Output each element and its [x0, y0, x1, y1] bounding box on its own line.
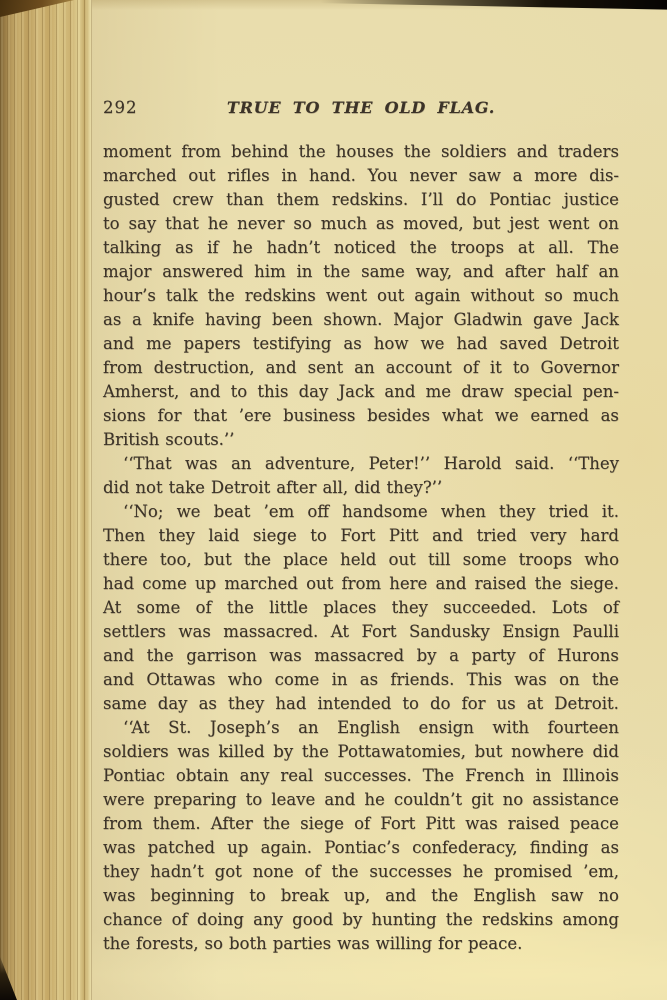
- word: as: [103, 308, 121, 332]
- word: The: [588, 236, 619, 260]
- word: that: [165, 212, 199, 236]
- word: Jack: [338, 380, 374, 404]
- word: the: [404, 140, 431, 164]
- word: tried: [477, 524, 517, 548]
- word: same: [103, 692, 147, 716]
- word: half: [556, 260, 588, 284]
- text-line: didnottakeDetroitafterall,didthey?’’: [103, 476, 619, 500]
- word: willing: [376, 932, 432, 956]
- word: little: [269, 596, 308, 620]
- word: forests,: [136, 932, 199, 956]
- word: obtain: [176, 764, 229, 788]
- word: more: [534, 164, 577, 188]
- word: all,: [322, 476, 348, 500]
- word: and: [463, 260, 494, 284]
- word: the: [446, 908, 473, 932]
- word: This: [467, 668, 502, 692]
- text-line: chanceofdoinganygoodbyhuntingtheredskins…: [103, 908, 619, 932]
- word: we: [421, 332, 445, 356]
- word: and: [266, 356, 297, 380]
- text-line: fromthem.AfterthesiegeofFortPittwasraise…: [103, 812, 619, 836]
- word: out: [377, 284, 404, 308]
- word: Governor: [540, 356, 619, 380]
- word: as: [343, 332, 361, 356]
- word: the: [227, 596, 254, 620]
- word: the: [263, 812, 290, 836]
- word: an: [598, 260, 618, 284]
- word: ‘‘That: [123, 452, 172, 476]
- text-line: theyhadn’tgotnoneofthesuccesseshepromise…: [103, 860, 619, 884]
- book-fore-edge-pages: [0, 0, 92, 1000]
- word: day: [299, 380, 329, 404]
- word: the: [535, 572, 562, 596]
- word: Pontiac: [489, 188, 551, 212]
- word: hadn’t: [267, 236, 321, 260]
- word: from: [103, 356, 143, 380]
- word: never: [409, 164, 456, 188]
- text-line: settlerswasmassacred.AtFortSanduskyEnsig…: [103, 620, 619, 644]
- word: no: [503, 788, 524, 812]
- word: an: [298, 716, 318, 740]
- word: Pontiac: [103, 764, 165, 788]
- word: jest: [509, 212, 539, 236]
- word: were: [103, 788, 145, 812]
- word: from: [103, 812, 143, 836]
- word: fourteen: [548, 716, 619, 740]
- word: Fort: [340, 524, 375, 548]
- word: party: [471, 644, 515, 668]
- word: Detroit: [560, 332, 619, 356]
- word: Detroit.: [554, 692, 619, 716]
- word: places: [323, 596, 376, 620]
- word: again.: [261, 836, 312, 860]
- text-line: marchedoutriflesinhand.Youneversawamored…: [103, 164, 619, 188]
- word: any: [240, 764, 270, 788]
- word: take: [169, 476, 205, 500]
- word: it: [490, 356, 502, 380]
- word: peace: [570, 812, 619, 836]
- word: doing: [197, 908, 244, 932]
- word: got: [215, 860, 242, 884]
- word: and: [324, 788, 355, 812]
- text-line: hour’stalktheredskinswentoutagainwithout…: [103, 284, 619, 308]
- word: the: [299, 140, 326, 164]
- text-line: majoransweredhiminthesameway,andafterhal…: [103, 260, 619, 284]
- word: tried: [549, 500, 589, 524]
- word: if: [207, 236, 218, 260]
- word: At: [331, 620, 349, 644]
- word: but: [204, 548, 232, 572]
- word: Major: [393, 308, 443, 332]
- word: dis-: [589, 164, 619, 188]
- text-line: asaknifehavingbeenshown.MajorGladwingave…: [103, 308, 619, 332]
- word: they: [392, 596, 428, 620]
- word: Peter!’’: [369, 452, 431, 476]
- word: how: [374, 332, 409, 356]
- word: the: [147, 644, 174, 668]
- word: break: [281, 884, 329, 908]
- word: moved,: [403, 212, 463, 236]
- word: You: [368, 164, 398, 188]
- word: had: [103, 572, 134, 596]
- word: soldiers: [441, 140, 507, 164]
- word: siege: [300, 812, 344, 836]
- word: Then: [103, 524, 145, 548]
- word: but: [473, 212, 501, 236]
- word: traders: [558, 140, 619, 164]
- word: them: [277, 188, 320, 212]
- word: handsome: [342, 500, 427, 524]
- word: chance: [103, 908, 162, 932]
- word: ‘‘At: [123, 716, 150, 740]
- word: Paulli: [572, 620, 619, 644]
- word: Sandusky: [409, 620, 490, 644]
- word: and: [517, 140, 548, 164]
- word: troops: [451, 236, 504, 260]
- word: so: [544, 284, 562, 308]
- book-page-scan: 292 TRUE TO THE OLD FLAG. momentfrombehi…: [0, 0, 667, 1000]
- word: troops: [519, 548, 572, 572]
- word: successes: [369, 860, 452, 884]
- word: sent: [308, 356, 344, 380]
- word: raised: [508, 812, 560, 836]
- word: up: [227, 836, 248, 860]
- word: Illinois: [562, 764, 619, 788]
- word: to: [103, 212, 120, 236]
- word: soldiers: [103, 740, 169, 764]
- word: they?’’: [386, 476, 442, 500]
- word: there: [103, 548, 148, 572]
- word: to: [246, 788, 263, 812]
- word: than: [226, 188, 264, 212]
- word: this: [257, 380, 288, 404]
- word: Amherst,: [103, 380, 179, 404]
- word: both: [229, 932, 267, 956]
- word: said.: [515, 452, 554, 476]
- word: account: [386, 356, 452, 380]
- word: he: [364, 788, 384, 812]
- text-line: fromdestruction,andsentanaccountofittoGo…: [103, 356, 619, 380]
- text-line: sionsforthat’erebusinessbesideswhatweear…: [103, 404, 619, 428]
- word: he: [232, 236, 252, 260]
- word: patched: [148, 836, 215, 860]
- word: knife: [153, 308, 195, 332]
- word: the: [592, 668, 619, 692]
- text-line: waspatchedupagain.Pontiac’sconfederacy,f…: [103, 836, 619, 860]
- word: siege.: [570, 572, 619, 596]
- word: from: [341, 572, 381, 596]
- word: English: [473, 884, 536, 908]
- word: went: [326, 284, 367, 308]
- word: here: [389, 572, 427, 596]
- word: marched: [224, 572, 298, 596]
- word: gusted: [103, 188, 160, 212]
- word: Ottawas: [146, 668, 215, 692]
- word: of: [354, 812, 370, 836]
- word: with: [492, 716, 529, 740]
- word: when: [441, 500, 486, 524]
- word: went: [548, 212, 589, 236]
- word: promised: [494, 860, 572, 884]
- word: saw: [551, 884, 583, 908]
- word: we: [177, 500, 201, 524]
- word: assistance: [532, 788, 619, 812]
- word: a: [449, 644, 459, 668]
- word: so: [293, 212, 311, 236]
- word: hadn’t: [150, 860, 204, 884]
- word: couldn’t: [394, 788, 462, 812]
- word: ‘‘They: [568, 452, 619, 476]
- word: for: [438, 932, 462, 956]
- word: shown.: [323, 308, 382, 332]
- word: rifles: [227, 164, 269, 188]
- word: Lots: [552, 596, 588, 620]
- word: he: [208, 212, 228, 236]
- word: as: [360, 668, 378, 692]
- text-line: Amherst,andtothisdayJackandmedrawspecial…: [103, 380, 619, 404]
- word: he: [463, 860, 483, 884]
- word: houses: [336, 140, 394, 164]
- word: ‘‘No;: [123, 500, 163, 524]
- word: saw: [468, 164, 500, 188]
- word: ensign: [419, 716, 474, 740]
- word: crew: [172, 188, 213, 212]
- word: behind: [231, 140, 288, 164]
- word: an: [354, 356, 374, 380]
- word: by: [273, 740, 293, 764]
- word: Harold: [444, 452, 502, 476]
- word: massacred: [314, 644, 404, 668]
- word: the: [410, 236, 437, 260]
- text-line: soldierswaskilledbythePottawatomies,butn…: [103, 740, 619, 764]
- word: out: [188, 164, 215, 188]
- word: French: [465, 764, 525, 788]
- text-line: theforests,sobothpartieswaswillingforpea…: [103, 932, 619, 956]
- word: was: [514, 668, 546, 692]
- word: pen-: [582, 380, 619, 404]
- word: was: [103, 884, 135, 908]
- word: Gladwin: [453, 308, 522, 332]
- word: draw: [461, 380, 503, 404]
- word: was: [465, 812, 497, 836]
- text-line: gustedcrewthanthemredskins.I’lldoPontiac…: [103, 188, 619, 212]
- word: After: [211, 812, 253, 836]
- text-line: wasbeginningtobreakup,andtheEnglishsawno: [103, 884, 619, 908]
- word: what: [442, 404, 483, 428]
- word: we: [495, 404, 519, 428]
- word: who: [228, 668, 263, 692]
- word: English: [337, 716, 400, 740]
- word: Pottawatomies,: [338, 740, 466, 764]
- word: ’em: [264, 500, 295, 524]
- word: say: [129, 212, 157, 236]
- word: at: [518, 236, 534, 260]
- word: The: [423, 764, 454, 788]
- text-line: ‘‘No;webeat’emoffhandsomewhentheytriedit…: [103, 500, 619, 524]
- word: place: [283, 548, 328, 572]
- word: Joseph’s: [210, 716, 280, 740]
- word: us: [497, 692, 516, 716]
- word: as: [601, 404, 619, 428]
- text-line: ‘‘Thatwasanadventure,Peter!’’Haroldsaid.…: [103, 452, 619, 476]
- word: as: [601, 836, 619, 860]
- word: massacred.: [223, 620, 318, 644]
- word: and: [189, 380, 220, 404]
- word: sions: [103, 404, 146, 428]
- text-line: andmepaperstestifyingashowwehadsavedDetr…: [103, 332, 619, 356]
- word: Ensign: [502, 620, 560, 644]
- word: again: [414, 284, 460, 308]
- word: Pitt: [389, 524, 419, 548]
- word: was: [177, 740, 209, 764]
- word: at: [527, 692, 543, 716]
- text-line: Atsomeofthelittleplacestheysucceeded.Lot…: [103, 596, 619, 620]
- word: in: [281, 164, 297, 188]
- running-title: TRUE TO THE OLD FLAG.: [103, 98, 619, 117]
- word: moment: [103, 140, 171, 164]
- word: git: [471, 788, 493, 812]
- word: to: [513, 356, 530, 380]
- word: to: [402, 692, 419, 716]
- word: on: [559, 668, 580, 692]
- word: succeeded.: [443, 596, 536, 620]
- word: business: [283, 404, 355, 428]
- word: same: [361, 260, 405, 284]
- word: talk: [166, 284, 198, 308]
- word: in: [535, 764, 551, 788]
- word: been: [272, 308, 313, 332]
- word: held: [340, 548, 376, 572]
- text-line: ThentheylaidsiegetoFortPittandtriedveryh…: [103, 524, 619, 548]
- word: parties: [273, 932, 331, 956]
- word: by: [417, 644, 437, 668]
- word: they: [499, 500, 535, 524]
- word: no: [598, 884, 619, 908]
- word: of: [172, 908, 188, 932]
- word: but: [475, 740, 503, 764]
- word: Pitt: [425, 812, 455, 836]
- word: redskins: [245, 284, 316, 308]
- word: and: [435, 572, 466, 596]
- word: testifying: [253, 332, 332, 356]
- word: redskins.: [332, 188, 408, 212]
- text-line: andOttawaswhocomeinasfriends.Thiswasonth…: [103, 668, 619, 692]
- word: siege: [253, 524, 297, 548]
- word: did: [103, 476, 129, 500]
- word: of: [528, 644, 544, 668]
- word: and: [432, 524, 463, 548]
- text-line: theretoo,buttheplaceheldouttillsometroop…: [103, 548, 619, 572]
- text-line: Britishscouts.’’: [103, 428, 619, 452]
- word: marched: [103, 164, 177, 188]
- word: killed: [218, 740, 264, 764]
- word: real: [280, 764, 313, 788]
- word: any: [253, 908, 283, 932]
- word: redskins: [482, 908, 553, 932]
- word: the: [431, 884, 458, 908]
- word: they: [159, 524, 195, 548]
- word: a: [513, 164, 523, 188]
- word: and: [384, 380, 415, 404]
- word: I’ll: [421, 188, 443, 212]
- word: they: [228, 692, 264, 716]
- word: Detroit: [211, 476, 270, 500]
- word: that: [193, 404, 227, 428]
- word: talking: [103, 236, 161, 260]
- word: noticed: [334, 236, 396, 260]
- word: papers: [184, 332, 241, 356]
- word: the: [331, 860, 358, 884]
- word: and: [103, 644, 134, 668]
- word: off: [307, 500, 329, 524]
- word: as: [376, 212, 394, 236]
- word: after: [505, 260, 545, 284]
- word: some: [463, 548, 507, 572]
- word: out: [306, 572, 333, 596]
- word: without: [470, 284, 534, 308]
- word: do: [456, 188, 477, 212]
- word: much: [573, 284, 619, 308]
- word: destruction,: [154, 356, 255, 380]
- word: of: [305, 860, 321, 884]
- text-line: samedayastheyhadintendedtodoforusatDetro…: [103, 692, 619, 716]
- word: leave: [271, 788, 315, 812]
- word: beat: [214, 500, 251, 524]
- word: among: [562, 908, 619, 932]
- word: was: [337, 932, 369, 956]
- word: At: [103, 596, 121, 620]
- word: so: [205, 932, 223, 956]
- word: a: [132, 308, 142, 332]
- word: for: [462, 692, 486, 716]
- word: the: [302, 740, 329, 764]
- word: confederacy,: [412, 836, 517, 860]
- book-top-page-edges: [280, 0, 667, 64]
- text-line: ‘‘AtSt.Joseph’sanEnglishensignwithfourte…: [103, 716, 619, 740]
- word: was: [185, 452, 217, 476]
- text-line: andthegarrisonwasmassacredbyapartyofHuro…: [103, 644, 619, 668]
- word: the: [244, 548, 271, 572]
- word: Hurons: [557, 644, 619, 668]
- word: gave: [533, 308, 573, 332]
- word: way,: [416, 260, 452, 284]
- word: in: [332, 668, 348, 692]
- word: ’ere: [239, 404, 272, 428]
- word: by: [342, 908, 362, 932]
- word: as: [199, 692, 217, 716]
- word: the: [323, 260, 350, 284]
- word: who: [584, 548, 619, 572]
- word: did: [354, 476, 380, 500]
- word: finding: [530, 836, 589, 860]
- word: up: [195, 572, 216, 596]
- word: of: [603, 596, 619, 620]
- word: hand.: [309, 164, 356, 188]
- word: me: [426, 380, 451, 404]
- word: out: [389, 548, 416, 572]
- word: the: [103, 932, 130, 956]
- word: me: [146, 332, 171, 356]
- text-line: tosaythatheneversomuchasmoved,butjestwen…: [103, 212, 619, 236]
- word: successes.: [324, 764, 412, 788]
- word: nowhere: [511, 740, 584, 764]
- word: them.: [153, 812, 201, 836]
- word: too,: [160, 548, 192, 572]
- word: day: [158, 692, 188, 716]
- word: intended: [317, 692, 391, 716]
- word: Fort: [380, 812, 415, 836]
- word: and: [385, 884, 416, 908]
